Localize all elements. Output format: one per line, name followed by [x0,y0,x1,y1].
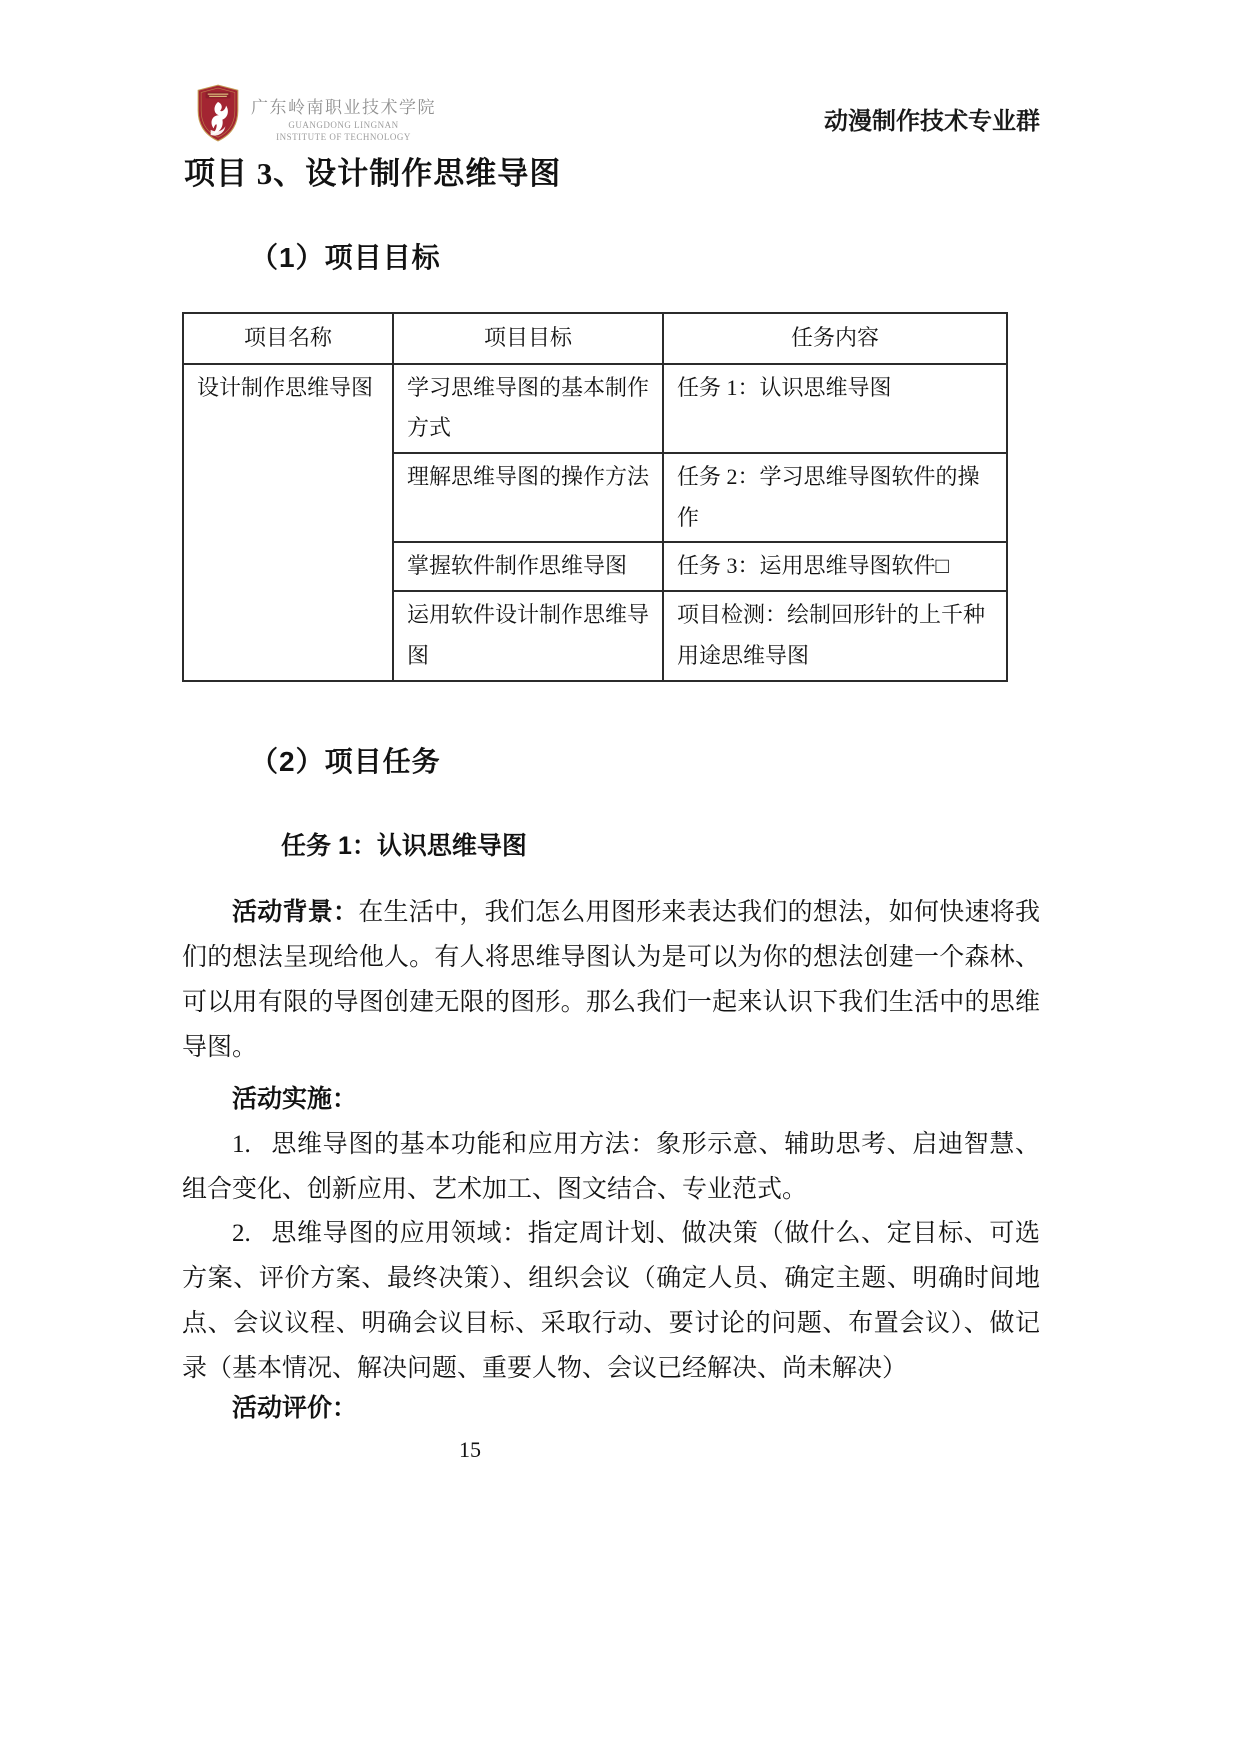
implementation-item-2: 2.思维导图的应用领域：指定周计划、做决策（做什么、定目标、可选方案、评价方案、… [182,1211,1040,1391]
cell-goal-3: 掌握软件制作思维导图 [393,542,663,591]
project-goal-table: 项目名称 项目目标 任务内容 设计制作思维导图 学习思维导图的基本制作方式 任务… [182,312,1008,682]
title-main: 设计制作思维导图 [305,156,561,191]
section-goal-heading: （1）项目目标 [250,236,441,276]
shield-banner [206,92,231,99]
profession-group-label: 动漫制作技术专业群 [600,101,1040,136]
cell-project-name: 设计制作思维导图 [183,364,393,681]
cell-task-1: 任务 1：认识思维导图 [663,364,1007,453]
title-prefix: 项目 3、 [184,156,305,191]
cell-goal-2: 理解思维导图的操作方法 [393,453,663,542]
cell-task-3: 任务 3：运用思维导图软件□ [663,542,1007,591]
activity-implementation-label: 活动实施： [182,1077,1040,1122]
item-text: 思维导图的基本功能和应用方法：象形示意、辅助思考、启迪智慧、组合变化、创新应用、… [182,1131,1040,1203]
school-logo: 广东岭南职业技术学院 GUANGDONG LINGNAN INSTITUTE O… [196,84,436,143]
table-row: 设计制作思维导图 学习思维导图的基本制作方式 任务 1：认识思维导图 [183,364,1007,453]
task1-heading: 任务 1：认识思维导图 [281,826,527,862]
col-header-project-name: 项目名称 [183,313,393,364]
implementation-item-1: 1.思维导图的基本功能和应用方法：象形示意、辅助思考、启迪智慧、组合变化、创新应… [182,1122,1040,1212]
section-tasks-heading: （2）项目任务 [250,740,441,780]
cell-goal-4: 运用软件设计制作思维导图 [393,591,663,680]
school-name-cn: 广东岭南职业技术学院 [251,93,436,118]
item-number: 1. [232,1131,251,1158]
cell-task-4: 项目检测：绘制回形针的上千种用途思维导图 [663,591,1007,680]
page-number: 15 [440,1437,500,1463]
col-header-task-content: 任务内容 [663,313,1007,364]
shield-icon [196,84,240,142]
page-title: 项目 3、设计制作思维导图 [184,148,561,193]
item-text: 思维导图的应用领域：指定周计划、做决策（做什么、定目标、可选方案、评价方案、最终… [182,1220,1040,1382]
school-name-en: GUANGDONG LINGNAN INSTITUTE OF TECHNOLOG… [251,120,436,143]
activity-evaluation-label: 活动评价： [182,1386,1040,1431]
activity-background-paragraph: 活动背景：在生活中，我们怎么用图形来表达我们的想法，如何快速将我们的想法呈现给他… [182,890,1040,1070]
cell-goal-1: 学习思维导图的基本制作方式 [393,364,663,453]
cell-task-2: 任务 2：学习思维导图软件的操作 [663,453,1007,542]
activity-background-label: 活动背景： [232,898,358,926]
school-name: 广东岭南职业技术学院 GUANGDONG LINGNAN INSTITUTE O… [251,93,436,143]
col-header-project-goal: 项目目标 [393,313,663,364]
item-number: 2. [232,1220,251,1247]
table-header-row: 项目名称 项目目标 任务内容 [183,313,1007,364]
